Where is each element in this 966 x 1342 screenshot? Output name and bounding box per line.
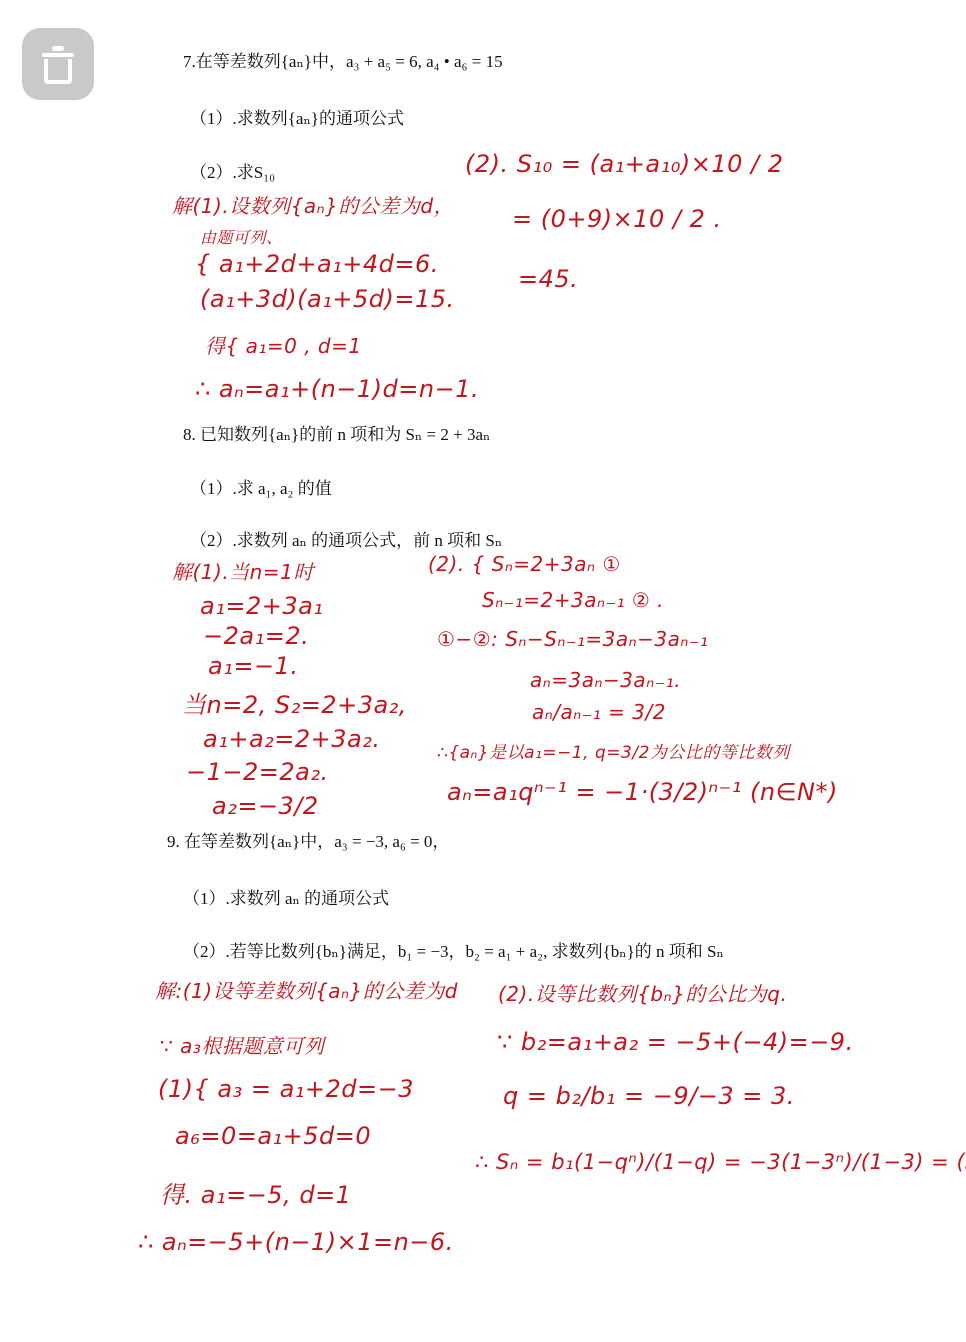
p7-sol1-line: 解(1).设数列{aₙ}的公差为d， [172,190,454,219]
p7-sol1-line: ∴ aₙ=a₁+(n−1)d=n−1. [195,375,479,403]
problem-9-statement: 9. 在等差数列{aₙ}中，a₃ = −3, a₆ = 0， [167,827,449,852]
delete-button[interactable] [22,28,94,100]
p9-sol1-line: 解:(1)设等差数列{aₙ}的公差为d [155,975,458,1004]
problem-7-part-2: （2）.求S₁₀ [190,158,275,183]
p9-sol2-line: ∵ b₂=a₁+a₂ = −5+(−4)=−9. [497,1028,854,1056]
p8-sol1-line: a₁=−1. [208,652,298,680]
p8-sol1-line: −1−2=2a₂. [186,758,329,786]
problem-8-part-1: （1）.求 a₁, a₂ 的值 [190,474,332,499]
p9-sol2-line: (2).设等比数列{bₙ}的公比为q. [498,978,787,1007]
p9-sol1-line: ∴ aₙ=−5+(n−1)×1=n−6. [138,1228,454,1256]
p8-sol2-line: ∴{aₙ}是以a₁=−1, q=3/2为公比的等比数列 [437,738,790,763]
trash-icon [39,44,77,84]
p8-sol1-line: a₁=2+3a₁ [200,592,323,620]
p9-sol1-line: a₆=0=a₁+5d=0 [175,1122,371,1150]
p8-sol1-line: a₁+a₂=2+3a₂. [203,725,380,753]
p8-sol2-line: (2). { Sₙ=2+3aₙ ① [428,552,621,576]
p9-sol1-line: (1){ a₃ = a₁+2d=−3 [158,1075,414,1103]
p8-sol1-line: 解(1).当n=1时 [172,556,314,585]
p9-sol2-line: ∴ Sₙ = b₁(1−qⁿ)/(1−q) = −3(1−3ⁿ)/(1−3) =… [475,1150,966,1174]
p7-sol2-line: (2). S₁₀ = (a₁+a₁₀)×10 / 2 [465,150,783,178]
p9-sol1-line: 得. a₁=−5, d=1 [160,1175,351,1210]
p7-sol1-line: 由题可列、 [200,225,283,248]
p8-sol2-line: aₙ=a₁qⁿ⁻¹ = −1·(3/2)ⁿ⁻¹ (n∈N*) [447,778,838,806]
problem-9-part-2: （2）.若等比数列{bₙ}满足，b₁ = −3，b₂ = a₁ + a₂, 求数… [183,937,724,962]
p8-sol1-line: 当n=2, S₂=2+3a₂, [182,685,407,720]
problem-9-part-1: （1）.求数列 aₙ 的通项公式 [183,884,389,909]
p9-sol2-line: q = b₂/b₁ = −9/−3 = 3. [503,1082,795,1110]
p8-sol2-line: aₙ=3aₙ−3aₙ₋₁. [530,668,681,692]
problem-7-part-1: （1）.求数列{aₙ}的通项公式 [190,104,404,129]
p8-sol1-line: −2a₁=2. [203,622,309,650]
p7-sol1-line: { a₁+2d+a₁+4d=6. [195,250,439,278]
p8-sol2-line: aₙ/aₙ₋₁ = 3/2 [532,700,666,724]
p8-sol1-line: a₂=−3/2 [212,792,319,820]
p7-sol2-line: = (0+9)×10 / 2 . [512,205,722,233]
p8-sol2-line: Sₙ₋₁=2+3aₙ₋₁ ② . [482,588,664,612]
problem-8-statement: 8. 已知数列{aₙ}的前 n 项和为 Sₙ = 2 + 3aₙ [183,420,490,445]
p7-sol1-line: 得{ a₁=0 , d=1 [205,330,362,359]
problem-8-part-2: （2）.求数列 aₙ 的通项公式，前 n 项和 Sₙ [190,526,502,551]
p8-sol2-line: ①−②: Sₙ−Sₙ₋₁=3aₙ−3aₙ₋₁ [437,627,708,651]
p9-sol1-line: ∵ a₃根据题意可列 [160,1030,324,1059]
problem-7-statement: 7.在等差数列{aₙ}中，a₃ + a₅ = 6, a₄ • a₆ = 15 [183,47,503,72]
p7-sol1-line: (a₁+3d)(a₁+5d)=15. [200,285,455,313]
p7-sol2-line: =45. [518,265,578,293]
